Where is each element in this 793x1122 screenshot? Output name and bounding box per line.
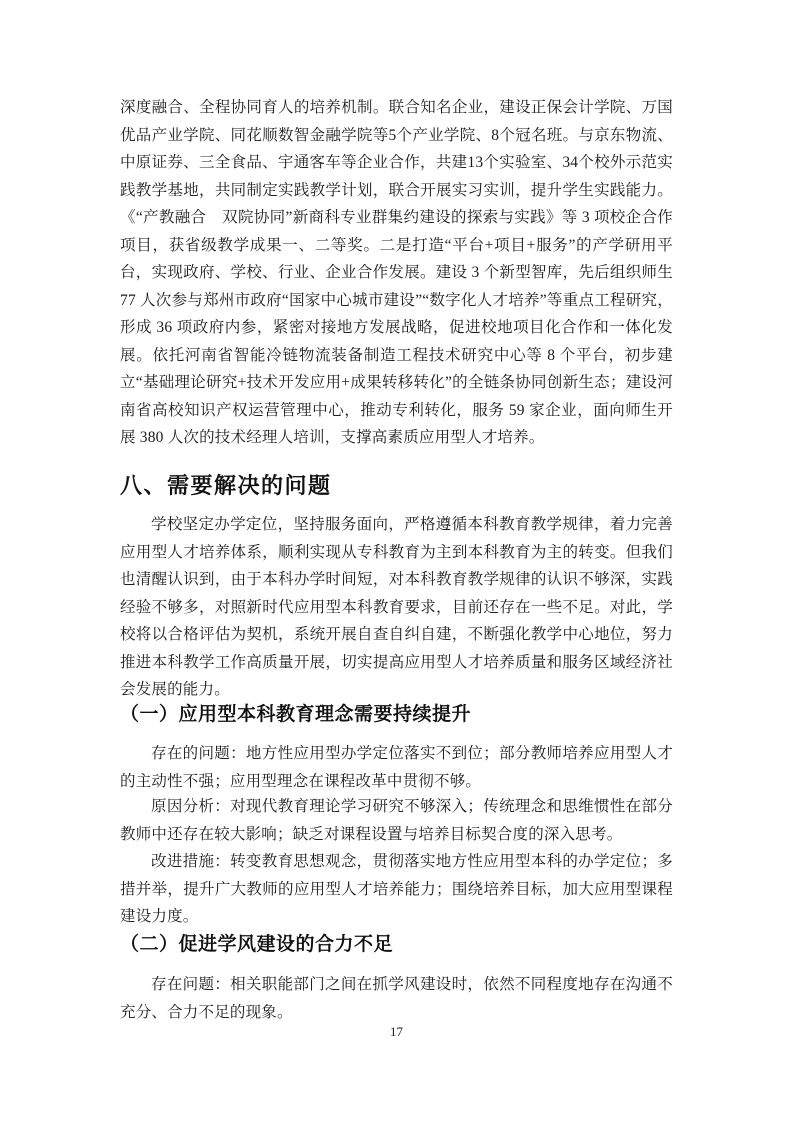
page-number: 17 (0, 1024, 793, 1040)
paragraph-school-positioning: 学校坚定办学定位，坚持服务面向，严格遵循本科教育教学规律，着力完善应用型人才培养… (120, 511, 673, 704)
paragraph-cooperation-achievements: 深度融合、全程协同育人的培养机制。联合知名企业，建设正保会计学院、万国优品产业学… (120, 94, 673, 452)
paragraph-existing-problems-1: 存在的问题：地方性应用型办学定位落实不到位；部分教师培养应用型人才的主动性不强；… (120, 740, 673, 795)
heading-section-8-problems: 八、需要解决的问题 (120, 471, 673, 501)
paragraph-existing-problems-2: 存在问题：相关职能部门之间在抓学风建设时，依然不同程度地存在沟通不充分、合力不足… (120, 971, 673, 1026)
document-page: 深度融合、全程协同育人的培养机制。联合知名企业，建设正保会计学院、万国优品产业学… (0, 0, 793, 1122)
heading-sub-2-study-style-synergy: （二）促进学风建设的合力不足 (120, 931, 673, 959)
paragraph-cause-analysis: 原因分析：对现代教育理论学习研究不够深入；传统理念和思维惯性在部分教师中还存在较… (120, 793, 673, 848)
paragraph-improvement-measures: 改进措施：转变教育思想观念，贯彻落实地方性应用型本科的办学定位；多措并举，提升广… (120, 848, 673, 931)
heading-sub-1-applied-education-concept: （一）应用型本科教育理念需要持续提升 (120, 701, 673, 729)
